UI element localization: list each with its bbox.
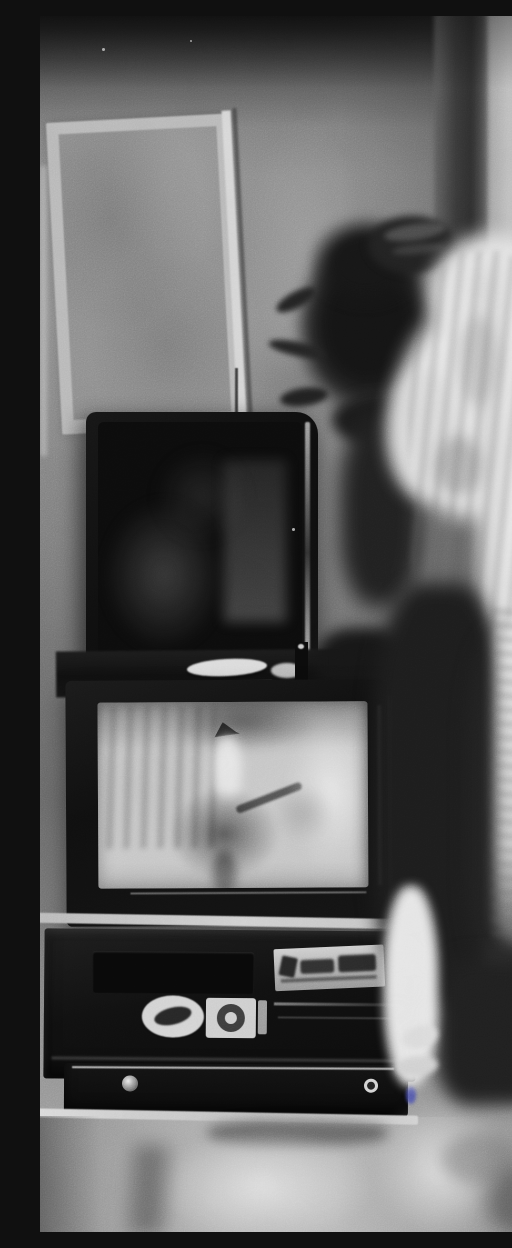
cabinet-recess (92, 951, 254, 994)
badge-mark (338, 954, 377, 973)
knob-ring (217, 1004, 245, 1032)
crt-monitor-screen (98, 422, 302, 656)
picture-frame-interior (59, 126, 232, 420)
badge-mark (278, 955, 298, 978)
knob-panel (206, 998, 256, 1038)
person-body-lower (436, 956, 512, 1106)
fur-texture (492, 606, 512, 936)
picture-frame (46, 113, 246, 434)
tv-screen (97, 701, 368, 888)
video-unit-highlight (72, 1066, 394, 1070)
bezel-highlight (130, 891, 366, 894)
screen-smudge (274, 783, 334, 843)
screen-reflection (224, 460, 286, 622)
cabinet-trim-line (274, 1002, 398, 1006)
brand-badge (273, 944, 385, 991)
cable-line (235, 368, 238, 416)
bezel-highlight (305, 422, 310, 660)
dust-speck (102, 48, 105, 51)
foreground-fold-shadow (127, 1143, 169, 1232)
dark-post (434, 16, 488, 254)
foreground-highlight (155, 1128, 370, 1232)
screen-fade (98, 861, 368, 888)
crt-monitor (86, 412, 318, 670)
vintage-photo: Grainy vintage black-and-white photograp… (40, 16, 512, 1232)
panel-side-bar (258, 1000, 267, 1034)
dust-speck (292, 528, 295, 531)
oval-dial (142, 995, 204, 1038)
badge-underline (281, 975, 377, 983)
dust-speck (190, 40, 192, 42)
receiver-cabinet (43, 928, 416, 1081)
wall-light-strip (40, 166, 47, 456)
foreground-left-shade (40, 1116, 100, 1232)
video-unit-knob (364, 1079, 378, 1093)
dial-pointer (152, 1003, 193, 1028)
video-unit-knob (122, 1075, 138, 1091)
badge-mark (300, 959, 335, 974)
cabinet-trim-line (278, 1016, 392, 1019)
cabinet-bottom-rim (52, 1056, 404, 1062)
television (65, 679, 388, 927)
video-unit (64, 1063, 408, 1117)
post-highlight (298, 644, 304, 649)
